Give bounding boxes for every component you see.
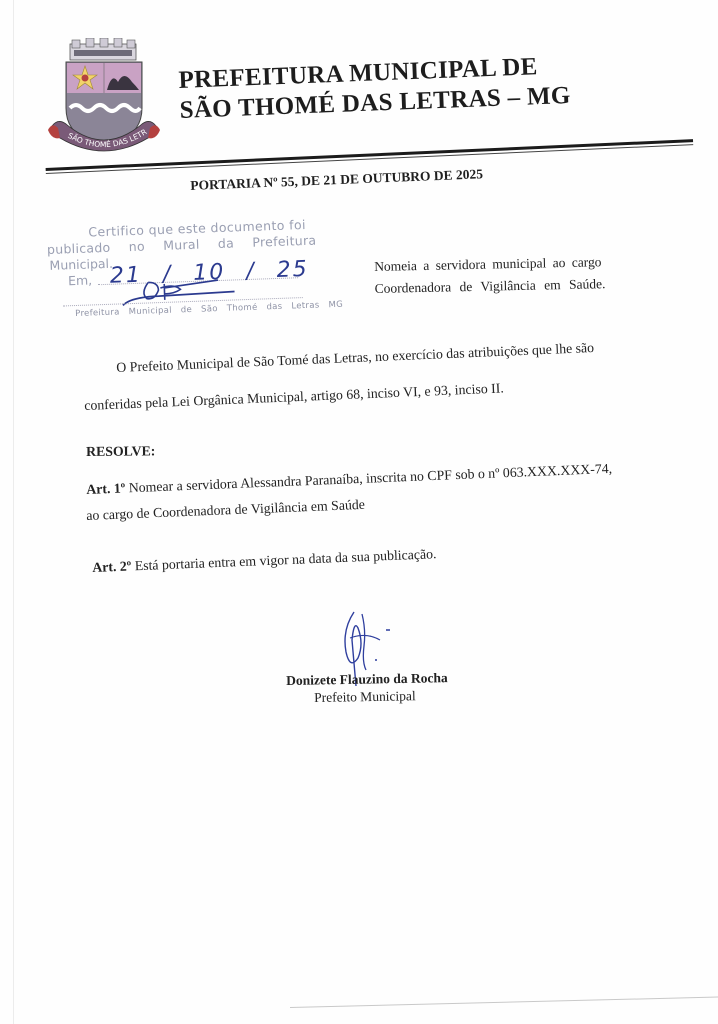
document-page: SÃO THOMÉ DAS LETRAS PREFEITURA MUNICIPA… bbox=[0, 0, 718, 1024]
signer-role: Prefeito Municipal bbox=[314, 688, 416, 706]
ementa-line-2: Coordenadora de Vigilância em Saúde. bbox=[374, 273, 605, 300]
article-2-label: Art. 2º bbox=[92, 558, 132, 575]
preamble-line-1: O Prefeito Municipal de São Tomé das Let… bbox=[116, 340, 594, 376]
resolve-heading: RESOLVE: bbox=[86, 443, 155, 460]
ementa: Nomeia a servidora municipal ao cargo Co… bbox=[374, 251, 606, 300]
article-1-text: Nomear a servidora Alessandra Paranaíba,… bbox=[125, 461, 612, 496]
article-1-continuation: ao cargo de Coordenadora de Vigilância e… bbox=[86, 497, 365, 524]
preamble-line-2: conferidas pela Lei Orgânica Municipal, … bbox=[84, 380, 504, 414]
publication-stamp: Certifico que este documento foi publica… bbox=[46, 213, 310, 332]
stamp-line-3: Municipal. bbox=[49, 256, 113, 273]
signer-name: Donizete Flauzino da Rocha bbox=[286, 670, 448, 689]
scan-page-edge bbox=[13, 0, 14, 1024]
article-1: Art. 1º Nomear a servidora Alessandra Pa… bbox=[86, 461, 612, 498]
stamp-date-label: Em, bbox=[68, 272, 93, 288]
article-2: Art. 2º Está portaria entra em vigor na … bbox=[92, 546, 437, 576]
scan-edge-line bbox=[290, 996, 718, 1008]
article-2-text: Está portaria entra em vigor na data da … bbox=[131, 546, 437, 573]
document-title: PORTARIA Nº 55, DE 21 DE OUTUBRO DE 2025 bbox=[190, 166, 483, 194]
article-1-label: Art. 1º bbox=[86, 480, 126, 497]
